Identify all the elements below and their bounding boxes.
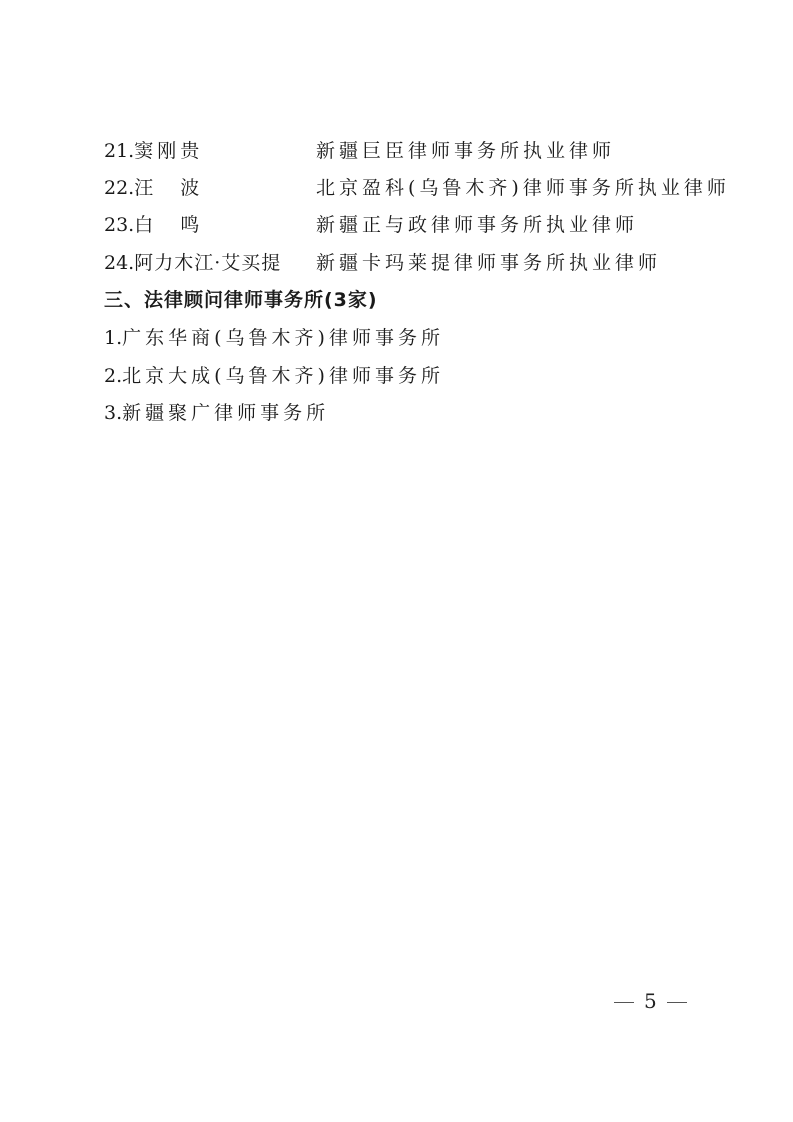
lawyer-entry-23: 23.白 鸣 新疆正与政律师事务所执业律师 — [104, 210, 203, 240]
lawyer-firm: 新疆卡玛莱提律师事务所执业律师 — [316, 248, 661, 278]
law-firm-item-1: 1.广东华商(乌鲁木齐)律师事务所 — [104, 323, 444, 353]
document-page: 21.窦刚贵 新疆巨臣律师事务所执业律师 22.汪 波 北京盈科(乌鲁木齐)律师… — [0, 0, 793, 1122]
lawyer-firm: 新疆巨臣律师事务所执业律师 — [316, 136, 615, 166]
lawyer-name: 白 鸣 — [134, 210, 203, 240]
lawyer-name: 汪 波 — [134, 173, 203, 203]
lawyer-name: 窦刚贵 — [134, 136, 203, 166]
law-firm-item-2: 2.北京大成(乌鲁木齐)律师事务所 — [104, 361, 444, 391]
law-firm-name: 广东华商(乌鲁木齐)律师事务所 — [122, 327, 444, 349]
dash-right — [667, 1002, 687, 1003]
lawyer-entry-22: 22.汪 波 北京盈科(乌鲁木齐)律师事务所执业律师 — [104, 173, 203, 203]
lawyer-entry-24: 24.阿力木江·艾买提 新疆卡玛莱提律师事务所执业律师 — [104, 248, 281, 278]
lawyer-entry-21: 21.窦刚贵 新疆巨臣律师事务所执业律师 — [104, 136, 203, 166]
entry-number: 23. — [104, 214, 134, 236]
dash-left — [614, 1002, 634, 1003]
lawyer-name: 阿力木江·艾买提 — [134, 248, 281, 278]
entry-number: 24. — [104, 252, 134, 274]
item-number: 2. — [104, 365, 122, 387]
item-number: 1. — [104, 327, 122, 349]
law-firm-name: 新疆聚广律师事务所 — [122, 402, 329, 424]
section-heading: 三、法律顾问律师事务所(3家) — [104, 285, 378, 315]
entry-number: 21. — [104, 140, 134, 162]
page-footer: 5 — [604, 988, 697, 1014]
entry-number: 22. — [104, 177, 134, 199]
law-firm-item-3: 3.新疆聚广律师事务所 — [104, 398, 329, 428]
lawyer-firm: 新疆正与政律师事务所执业律师 — [316, 210, 638, 240]
item-number: 3. — [104, 402, 122, 424]
law-firm-name: 北京大成(乌鲁木齐)律师事务所 — [122, 365, 444, 387]
page-number: 5 — [644, 989, 657, 1013]
lawyer-firm: 北京盈科(乌鲁木齐)律师事务所执业律师 — [316, 173, 730, 203]
